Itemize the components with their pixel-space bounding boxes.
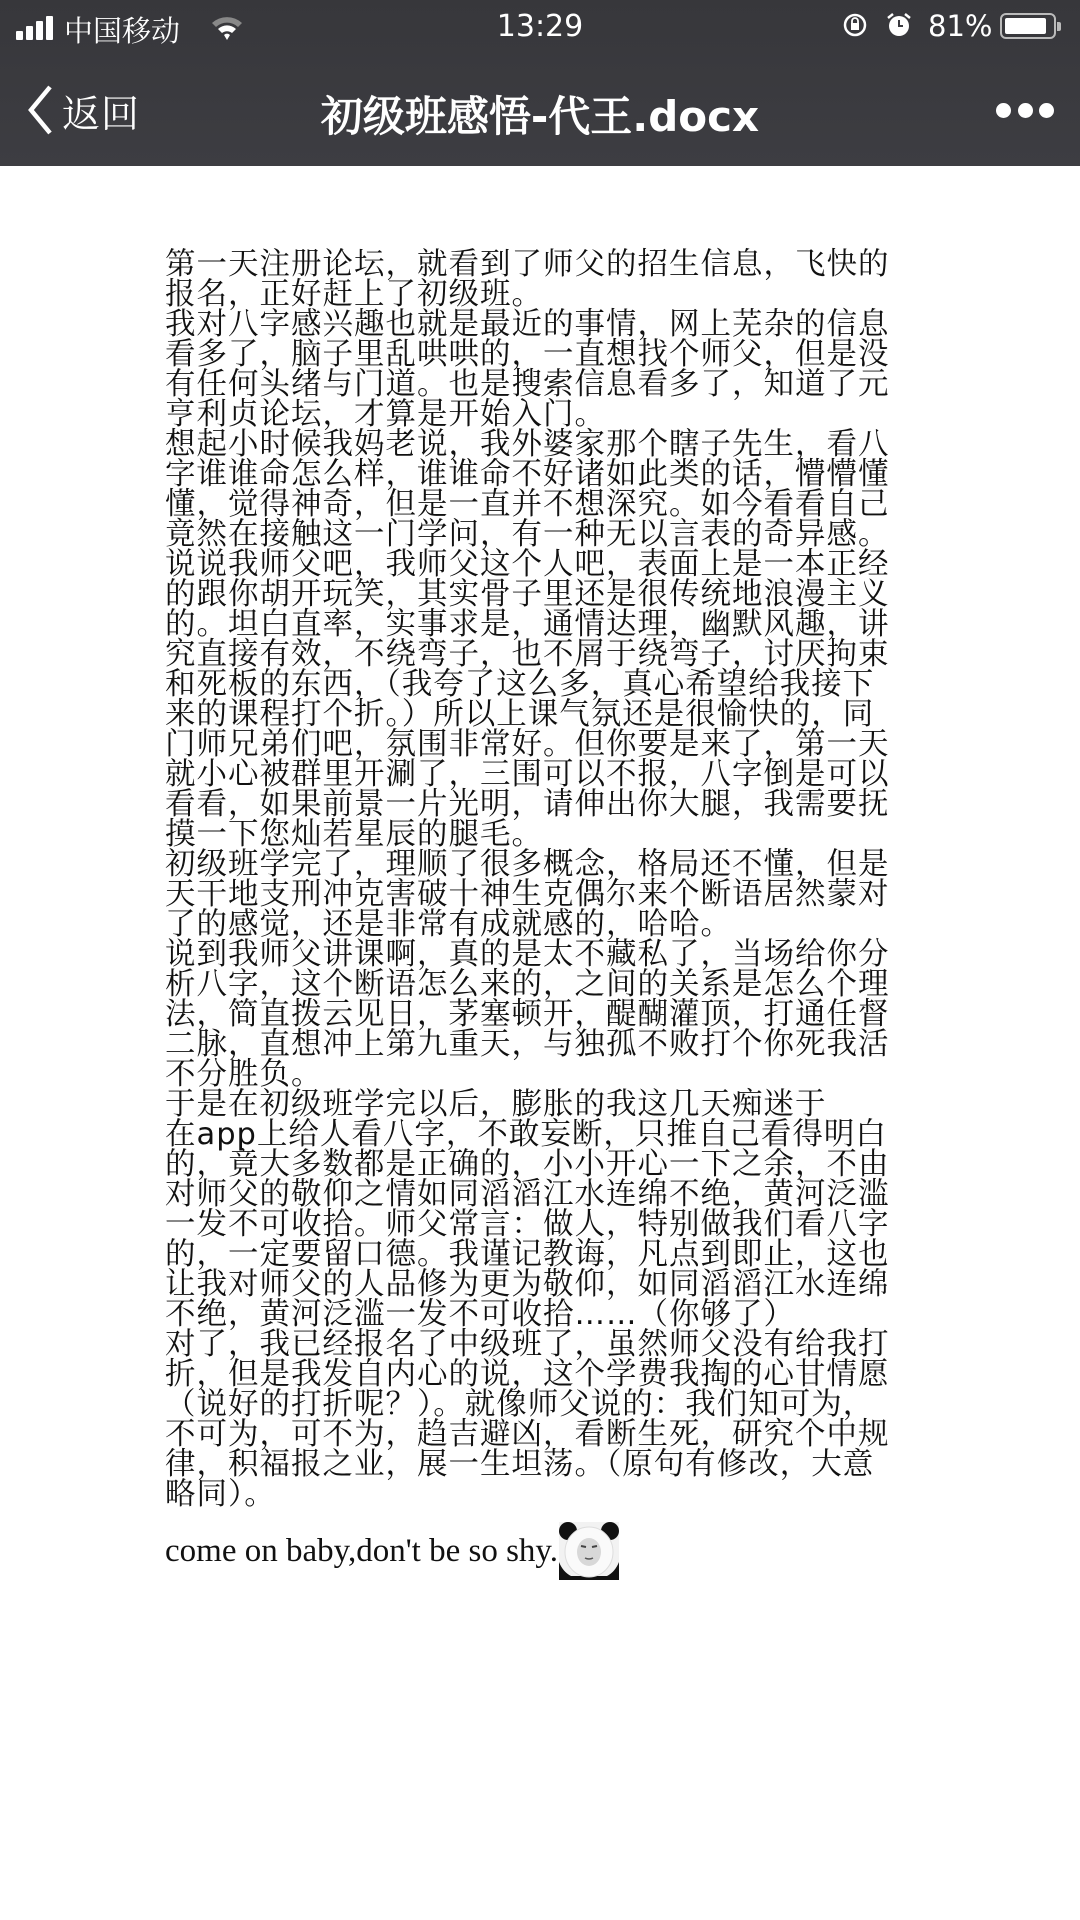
doc-line: 折，但是我发自内心的说，这个学费我掏的心甘情愿 bbox=[165, 1360, 925, 1390]
rotation-lock-icon bbox=[842, 12, 868, 38]
doc-line: 看看，如果前景一片光明，请伸出你大腿，我需要抚 bbox=[165, 790, 925, 820]
doc-line: 和死板的东西，（我夸了这么多，真心希望给我接下 bbox=[165, 670, 925, 700]
clock: 13:29 bbox=[0, 9, 1080, 44]
doc-line: 想起小时候我妈老说，我外婆家那个瞎子先生，看八 bbox=[165, 430, 925, 460]
doc-line: 说说我师父吧，我师父这个人吧，表面上是一本正经 bbox=[165, 550, 925, 580]
doc-line: 的。坦白直率，实事求是，通情达理，幽默风趣，讲 bbox=[165, 610, 925, 640]
page-title: 初级班感悟-代王.docx bbox=[0, 84, 1080, 144]
doc-line: 一发不可收拾。师父常言：做人，特别做我们看八字 bbox=[165, 1210, 925, 1240]
alarm-icon bbox=[886, 12, 912, 38]
doc-line: 了的感觉，还是非常有成就感的，哈哈。 bbox=[165, 910, 925, 940]
doc-line: 天干地支刑冲克害破十神生克偶尔来个断语居然蒙对 bbox=[165, 880, 925, 910]
doc-line: 看多了，脑子里乱哄哄的，一直想找个师父，但是没 bbox=[165, 340, 925, 370]
doc-line: 有任何头绪与门道。也是搜索信息看多了，知道了元 bbox=[165, 370, 925, 400]
panda-face-meme-icon bbox=[559, 1522, 619, 1580]
doc-line: 亨利贞论坛，才算是开始入门。 bbox=[165, 400, 925, 430]
document-body: 第一天注册论坛，就看到了师父的招生信息，飞快的 报名，正好赶上了初级班。 我对八… bbox=[165, 250, 925, 1580]
doc-line: 懂，觉得神奇，但是一直并不想深究。如今看看自己 bbox=[165, 490, 925, 520]
doc-line: 的跟你胡开玩笑，其实骨子里还是很传统地浪漫主义 bbox=[165, 580, 925, 610]
doc-line: 不绝，黄河泛滥一发不可收拾……（你够了） bbox=[165, 1300, 925, 1330]
doc-line: 初级班学完了，理顺了很多概念，格局还不懂，但是 bbox=[165, 850, 925, 880]
top-bar: 中国移动 13:29 81% 返回 初级班感悟-代王.docx bbox=[0, 0, 1080, 166]
closing-line: come on baby,don't be so shy. bbox=[165, 1522, 925, 1580]
doc-line: 第一天注册论坛，就看到了师父的招生信息，飞快的 bbox=[165, 250, 925, 280]
doc-line: 法，简直拨云见日，茅塞顿开，醍醐灌顶，打通任督 bbox=[165, 1000, 925, 1030]
doc-line: 对了，我已经报名了中级班了，虽然师父没有给我打 bbox=[165, 1330, 925, 1360]
battery-icon bbox=[1000, 13, 1056, 39]
doc-line: 让我对师父的人品修为更为敬仰，如同滔滔江水连绵 bbox=[165, 1270, 925, 1300]
more-dots-icon bbox=[996, 103, 1011, 118]
doc-line: 的，竟大多数都是正确的，小小开心一下之余，不由 bbox=[165, 1150, 925, 1180]
doc-line: 门师兄弟们吧，氛围非常好。但你要是来了，第一天 bbox=[165, 730, 925, 760]
navigation-bar: 返回 初级班感悟-代王.docx bbox=[0, 60, 1080, 160]
doc-line: 析八字，这个断语怎么来的，之间的关系是怎么个理 bbox=[165, 970, 925, 1000]
status-bar: 中国移动 13:29 81% bbox=[0, 0, 1080, 54]
closing-text: come on baby,don't be so shy. bbox=[165, 1522, 558, 1580]
doc-line: 竟然在接触这一门学问，有一种无以言表的奇异感。 bbox=[165, 520, 925, 550]
doc-line: 说到我师父讲课啊，真的是太不藏私了，当场给你分 bbox=[165, 940, 925, 970]
doc-line: 二脉，直想冲上第九重天，与独孤不败打个你死我活 bbox=[165, 1030, 925, 1060]
doc-line: 摸一下您灿若星辰的腿毛。 bbox=[165, 820, 925, 850]
doc-line: 在app上给人看八字，不敢妄断，只推自己看得明白 bbox=[165, 1120, 925, 1150]
doc-line: 字谁谁命怎么样，谁谁命不好诸如此类的话，懵懵懂 bbox=[165, 460, 925, 490]
doc-line: 我对八字感兴趣也就是最近的事情，网上芜杂的信息 bbox=[165, 310, 925, 340]
doc-line: 不可为，可不为，趋吉避凶，看断生死，研究个中规 bbox=[165, 1420, 925, 1450]
doc-line: 于是在初级班学完以后，膨胀的我这几天痴迷于 bbox=[165, 1090, 925, 1120]
battery-percent: 81% bbox=[928, 9, 992, 43]
doc-line: （说好的打折呢？）。就像师父说的：我们知可为， bbox=[165, 1390, 925, 1420]
doc-line: 来的课程打个折。）所以上课气氛还是很愉快的，同 bbox=[165, 700, 925, 730]
doc-line: 律，积福报之业，展一生坦荡。（原句有修改，大意 bbox=[165, 1450, 925, 1480]
doc-line: 略同）。 bbox=[165, 1480, 925, 1510]
doc-line: 究直接有效，不绕弯子，也不屑于绕弯子，讨厌拘束 bbox=[165, 640, 925, 670]
doc-line: 的，一定要留口德。我谨记教诲，凡点到即止，这也 bbox=[165, 1240, 925, 1270]
doc-line: 报名，正好赶上了初级班。 bbox=[165, 280, 925, 310]
more-options-button[interactable] bbox=[996, 98, 1054, 122]
doc-line: 就小心被群里开涮了，三围可以不报，八字倒是可以 bbox=[165, 760, 925, 790]
doc-line: 对师父的敬仰之情如同滔滔江水连绵不绝，黄河泛滥 bbox=[165, 1180, 925, 1210]
doc-line: 不分胜负。 bbox=[165, 1060, 925, 1090]
